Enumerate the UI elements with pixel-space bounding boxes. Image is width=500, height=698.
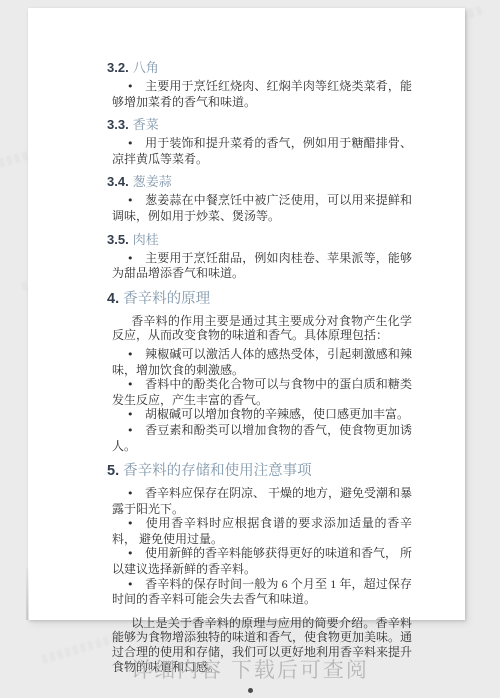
list-item-text: 香辛料的保存时间一般为 6 个月至 1 年，超过保存时间的香辛料可能会失去香气和…	[112, 577, 412, 607]
bullet-icon: •	[127, 547, 145, 562]
heading-number: 3.3.	[107, 117, 129, 132]
heading-title: 八角	[133, 60, 159, 75]
heading-3-4: 3.4.葱姜蒜	[107, 174, 412, 189]
list-item-text: 主要用于烹饪红烧肉、红焖羊肉等红烧类菜肴，能够增加菜肴的香气和味道。	[112, 79, 412, 109]
list-item-text: 辣椒碱可以激活人体的感热受体，引起刺激感和辣味，增加饮食的刺激感。	[112, 347, 412, 377]
heading-3-3: 3.3.香菜	[107, 117, 412, 132]
heading-3-2: 3.2.八角	[107, 60, 412, 75]
list-item: •香豆素和酚类可以增加食物的香气，使食物更加诱人。	[112, 423, 412, 453]
bullet-icon: •	[127, 252, 145, 267]
list-item-text: 使用新鲜的香辛料能够获得更好的味道和香气， 所以建议选择新鲜的香辛料。	[112, 546, 412, 576]
list-item-text: 使用香辛料时应根据食谱的要求添加适量的香辛料， 避免使用过量。	[112, 516, 412, 546]
list-item: •主要用于烹饪甜品，例如肉桂卷、苹果派等，能够为甜品增添香气和味道。	[112, 251, 412, 281]
heading-title: 香辛料的存储和使用注意事项	[123, 463, 312, 479]
heading-4: 4.香辛料的原理	[107, 291, 412, 308]
list-item-text: 香辛料应保存在阴凉、 干燥的地方，避免受潮和暴露于阳光下。	[112, 486, 412, 516]
list-item: •葱姜蒜在中餐烹饪中被广泛使用，可以用来提鲜和调味，例如用于炒菜、煲汤等。	[112, 193, 412, 223]
heading-number: 4.	[107, 291, 119, 307]
bullet-icon: •	[127, 408, 145, 423]
list-item-text: 胡椒碱可以增加食物的辛辣感，使口感更加丰富。	[145, 407, 409, 421]
bullet-icon: •	[127, 378, 145, 393]
heading-number: 5.	[107, 463, 119, 479]
bullet-icon: •	[127, 80, 145, 95]
bullet-icon: •	[127, 194, 145, 209]
heading-title: 肉桂	[133, 232, 159, 247]
list-item: •香辛料应保存在阴凉、 干燥的地方，避免受潮和暴露于阳光下。	[112, 486, 412, 516]
paragraph: 香辛料的作用主要是通过其主要成分对食物产生化学反应，从而改变食物的味道和香气。具…	[112, 314, 412, 343]
bullet-icon: •	[127, 487, 145, 502]
bullet-icon: •	[127, 578, 145, 593]
list-item: •使用香辛料时应根据食谱的要求添加适量的香辛料， 避免使用过量。	[112, 516, 412, 546]
list-item: •主要用于烹饪红烧肉、红焖羊肉等红烧类菜肴，能够增加菜肴的香气和味道。	[112, 79, 412, 109]
document-page: 3.2.八角 •主要用于烹饪红烧肉、红焖羊肉等红烧类菜肴，能够增加菜肴的香气和味…	[28, 8, 465, 620]
heading-3-5: 3.5.肉桂	[107, 232, 412, 247]
list-item: •胡椒碱可以增加食物的辛辣感，使口感更加丰富。	[112, 407, 412, 423]
preview-footer: 详细内容 下载后可查阅	[0, 620, 500, 698]
heading-5: 5.香辛料的存储和使用注意事项	[107, 463, 412, 480]
list-item-text: 用于装饰和提升菜肴的香气，例如用于糖醋排骨、凉拌黄瓜等菜肴。	[112, 136, 412, 166]
list-item-text: 主要用于烹饪甜品，例如肉桂卷、苹果派等，能够为甜品增添香气和味道。	[112, 251, 412, 281]
list-item: •香辛料的保存时间一般为 6 个月至 1 年，超过保存时间的香辛料可能会失去香气…	[112, 577, 412, 607]
bullet-icon: •	[127, 137, 145, 152]
bullet-icon: •	[127, 424, 145, 439]
carousel-dot-indicator[interactable]	[248, 688, 253, 693]
list-item-text: 香豆素和酚类可以增加食物的香气，使食物更加诱人。	[112, 423, 412, 453]
heading-number: 3.4.	[107, 174, 129, 189]
list-item-text: 葱姜蒜在中餐烹饪中被广泛使用，可以用来提鲜和调味，例如用于炒菜、煲汤等。	[112, 193, 412, 223]
page-edge-shadow	[26, 568, 29, 620]
heading-title: 香菜	[133, 117, 159, 132]
bullet-icon: •	[127, 517, 145, 532]
download-notice-text: 详细内容 下载后可查阅	[0, 654, 500, 684]
preview-canvas: { "glyphs": { "bullet": "•" }, "colors":…	[0, 0, 500, 698]
document-content: 3.2.八角 •主要用于烹饪红烧肉、红焖羊肉等红烧类菜肴，能够增加菜肴的香气和味…	[107, 52, 412, 678]
bullet-icon: •	[127, 348, 145, 363]
list-item: •使用新鲜的香辛料能够获得更好的味道和香气， 所以建议选择新鲜的香辛料。	[112, 546, 412, 576]
heading-number: 3.5.	[107, 232, 129, 247]
list-item: •辣椒碱可以激活人体的感热受体，引起刺激感和辣味，增加饮食的刺激感。	[112, 347, 412, 377]
heading-number: 3.2.	[107, 60, 129, 75]
heading-title: 葱姜蒜	[133, 174, 172, 189]
list-item: •用于装饰和提升菜肴的香气，例如用于糖醋排骨、凉拌黄瓜等菜肴。	[112, 136, 412, 166]
list-item: •香料中的酚类化合物可以与食物中的蛋白质和糖类发生反应，产生丰富的香气。	[112, 377, 412, 407]
heading-title: 香辛料的原理	[123, 291, 210, 307]
list-item-text: 香料中的酚类化合物可以与食物中的蛋白质和糖类发生反应，产生丰富的香气。	[112, 377, 412, 407]
